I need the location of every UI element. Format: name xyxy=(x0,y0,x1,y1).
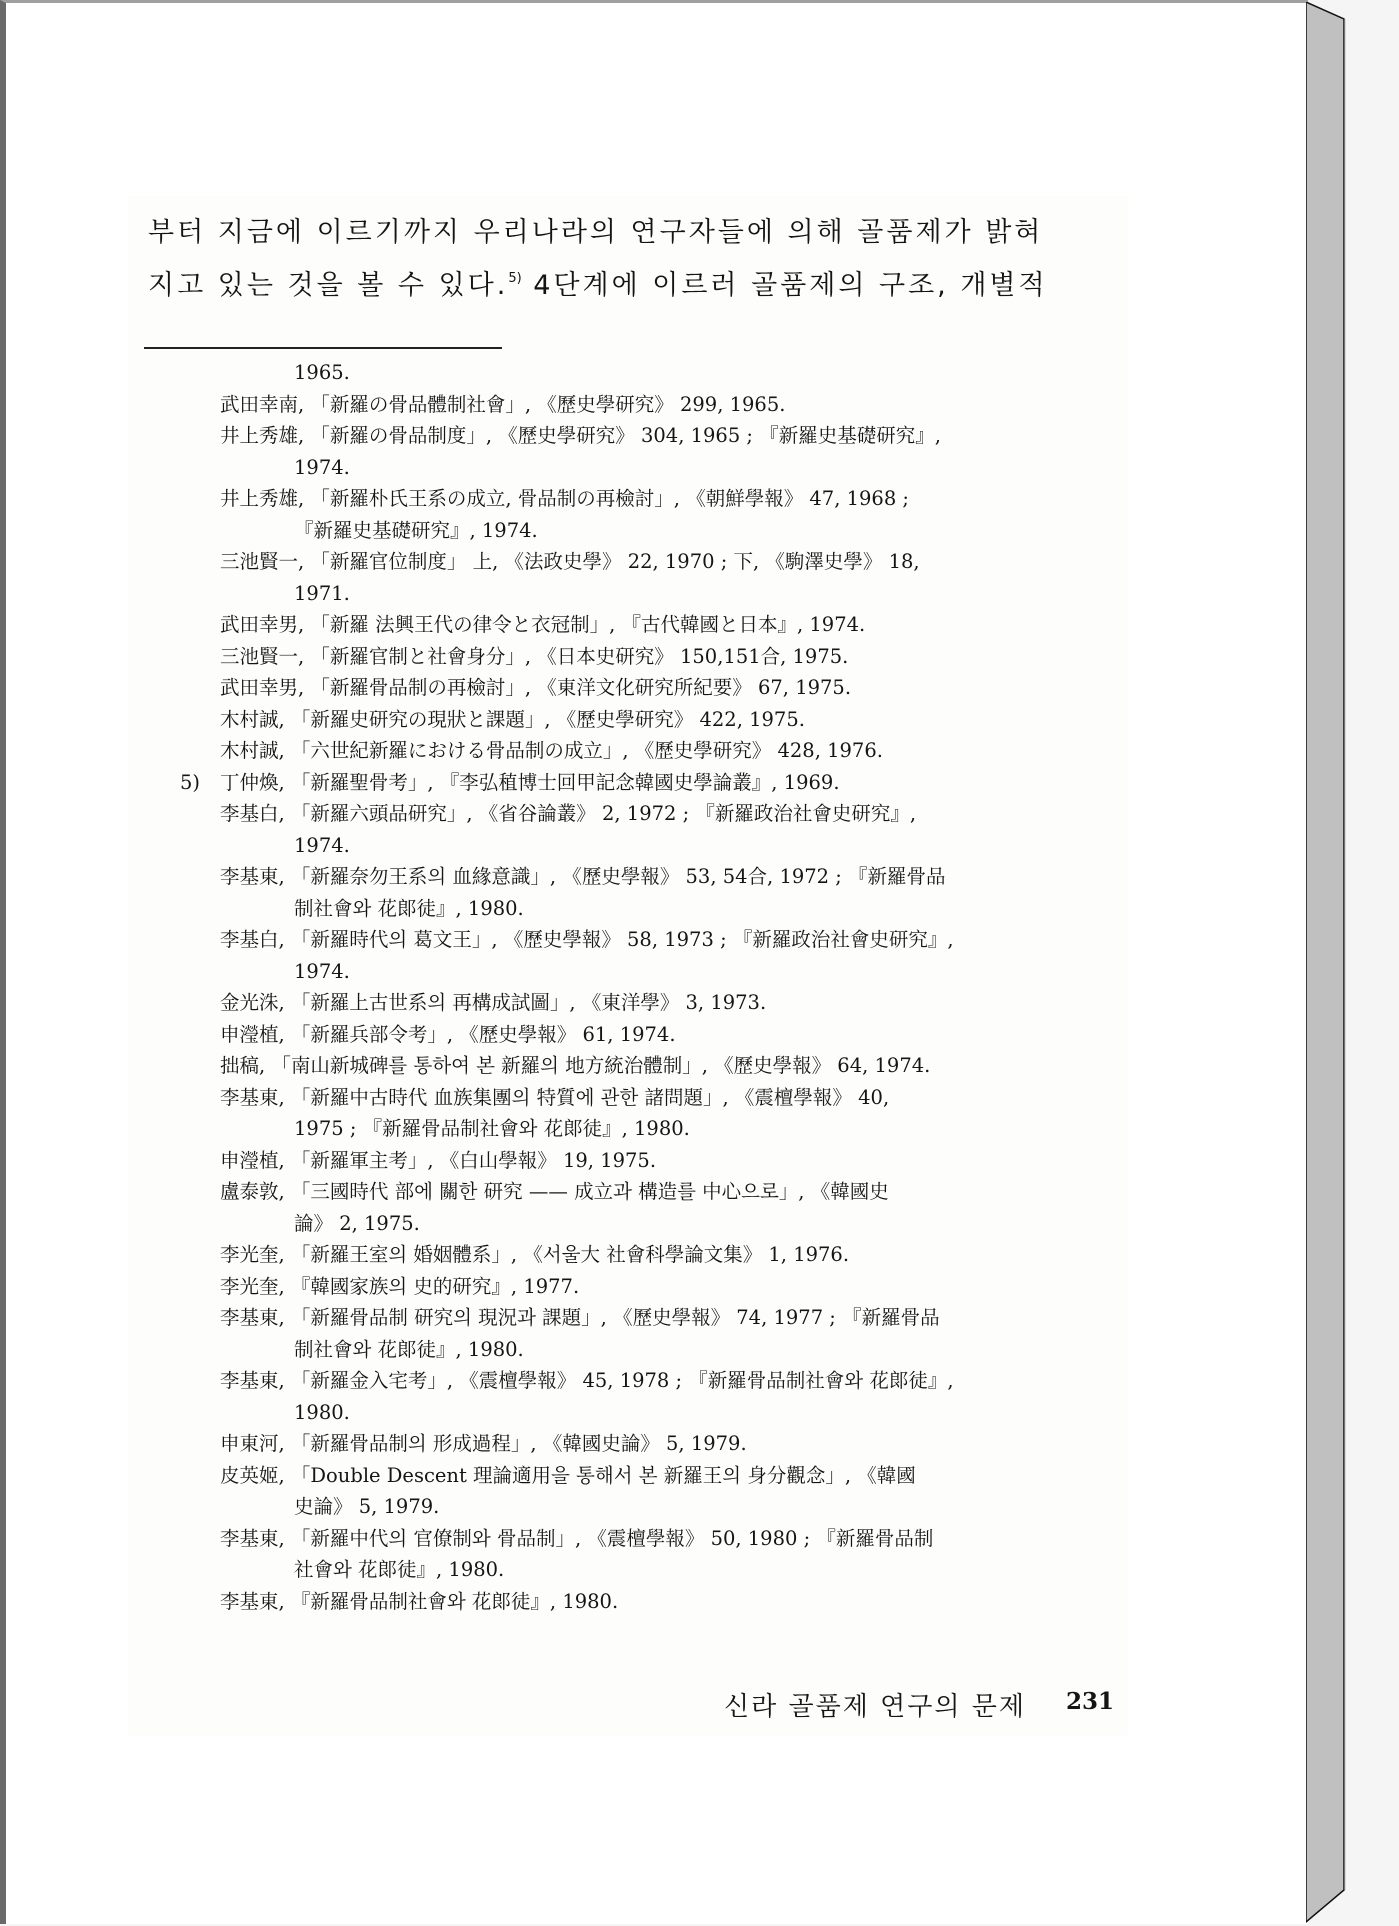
footnote-text: 1965. xyxy=(294,361,350,384)
footnote-text: 皮英姬, 「Double Descent 理論適用을 통해서 본 新羅王의 身分… xyxy=(220,1464,916,1487)
footnote-text: 李基白, 「新羅六頭品研究」, 《省谷論叢》 2, 1972 ; 『新羅政治社會… xyxy=(220,802,916,825)
footnote-entry: 武田幸南, 「新羅の骨品體制社會」, 《歷史學研究》 299, 1965. xyxy=(220,389,1110,421)
footnote-text: 盧泰敦, 「三國時代 部에 關한 研究 —— 成立과 構造를 中心으로」, 《韓… xyxy=(220,1180,889,1203)
footnote-entry-continuation: 『新羅史基礎研究』, 1974. xyxy=(220,515,1110,547)
footnote-ref-5[interactable]: 5) xyxy=(508,271,521,286)
footnote-text: 武田幸男, 「新羅 法興王代の律令と衣冠制」, 『古代韓國と日本』, 1974. xyxy=(220,613,865,636)
body-line-1: 부터 지금에 이르기까지 우리나라의 연구자들에 의해 골품제가 밝혀 xyxy=(148,210,1108,256)
footnote-entry: 李基東, 『新羅骨品制社會와 花郞徒』, 1980. xyxy=(220,1586,1110,1618)
footnote-text: 申瀅植, 「新羅兵部令考」, 《歷史學報》 61, 1974. xyxy=(220,1023,676,1046)
footnote-entry: 井上秀雄, 「新羅の骨品制度」, 《歷史學研究》 304, 1965 ; 『新羅… xyxy=(220,420,1110,452)
footnote-text: 制社會와 花郞徒』, 1980. xyxy=(294,1338,524,1361)
footnote-text: 李基東, 「新羅奈勿王系의 血緣意識」, 《歷史學報》 53, 54合, 197… xyxy=(220,865,946,888)
footnote-entry: 盧泰敦, 「三國時代 部에 關한 研究 —— 成立과 構造를 中心으로」, 《韓… xyxy=(220,1176,1110,1208)
footnote-text: 1974. xyxy=(294,960,350,983)
footnote-text: 井上秀雄, 「新羅の骨品制度」, 《歷史學研究》 304, 1965 ; 『新羅… xyxy=(220,424,941,447)
footnote-text: 丁仲煥, 「新羅聖骨考」, 『李弘稙博士回甲記念韓國史學論叢』, 1969. xyxy=(220,771,840,794)
footnote-entry: 皮英姬, 「Double Descent 理論適用을 통해서 본 新羅王의 身分… xyxy=(220,1460,1110,1492)
document-viewer: 부터 지금에 이르기까지 우리나라의 연구자들에 의해 골품제가 밝혀 지고 있… xyxy=(0,0,1399,1926)
footnote-entry-continuation: 論》 2, 1975. xyxy=(220,1208,1110,1240)
footnote-entry: 5)丁仲煥, 「新羅聖骨考」, 『李弘稙博士回甲記念韓國史學論叢』, 1969. xyxy=(220,767,1110,799)
page-number: 231 xyxy=(1066,1688,1114,1715)
footnote-text: 1971. xyxy=(294,582,350,605)
footnote-separator xyxy=(144,347,502,349)
footnote-text: 史論》 5, 1979. xyxy=(294,1495,439,1518)
footnote-entry: 木村誠, 「六世紀新羅における骨品制の成立」, 《歷史學研究》 428, 197… xyxy=(220,735,1110,767)
body-line-2: 지고 있는 것을 볼 수 있다.5) 4단계에 이르러 골품제의 구조, 개별적 xyxy=(148,256,1108,309)
footnote-entry: 李基東, 「新羅中古時代 血族集團의 特質에 관한 諸問題」, 《震檀學報》 4… xyxy=(220,1082,1110,1114)
footnote-entry: 申瀅植, 「新羅兵部令考」, 《歷史學報》 61, 1974. xyxy=(220,1019,1110,1051)
footnote-entry-continuation: 1971. xyxy=(220,578,1110,610)
footnote-entry: 李基東, 「新羅骨品制 研究의 現況과 課題」, 《歷史學報》 74, 1977… xyxy=(220,1302,1110,1334)
footnote-text: 1974. xyxy=(294,834,350,857)
footnote-entry: 李基白, 「新羅六頭品研究」, 《省谷論叢》 2, 1972 ; 『新羅政治社會… xyxy=(220,798,1110,830)
body-paragraph: 부터 지금에 이르기까지 우리나라의 연구자들에 의해 골품제가 밝혀 지고 있… xyxy=(148,210,1108,309)
footnote-text: 武田幸南, 「新羅の骨品體制社會」, 《歷史學研究》 299, 1965. xyxy=(220,393,785,416)
footnote-entry-continuation: 社會와 花郞徒』, 1980. xyxy=(220,1554,1110,1586)
footnote-text: 1975 ; 『新羅骨品制社會와 花郞徒』, 1980. xyxy=(294,1117,690,1140)
footnote-entry: 李基東, 「新羅中代의 官僚制와 骨品制」, 《震檀學報》 50, 1980 ;… xyxy=(220,1523,1110,1555)
footnote-number: 5) xyxy=(180,767,200,799)
footnote-text: 武田幸男, 「新羅骨品制の再檢討」, 《東洋文化研究所紀要》 67, 1975. xyxy=(220,676,851,699)
footnote-text: 『新羅史基礎研究』, 1974. xyxy=(294,519,538,542)
footnote-text: 李光奎, 「新羅王室의 婚姻體系」, 《서울大 社會科學論文集》 1, 1976… xyxy=(220,1243,849,1266)
footnote-text: 木村誠, 「六世紀新羅における骨品制の成立」, 《歷史學研究》 428, 197… xyxy=(220,739,883,762)
footnote-entry: 拙稿, 「南山新城碑를 통하여 본 新羅의 地方統治體制」, 《歷史學報》 64… xyxy=(220,1050,1110,1082)
footnote-entry-continuation: 1980. xyxy=(220,1397,1110,1429)
page-curl-edge xyxy=(1306,2,1346,1924)
footnote-entry: 木村誠, 「新羅史研究の現狀と課題」, 《歷史學研究》 422, 1975. xyxy=(220,704,1110,736)
footnote-text: 論》 2, 1975. xyxy=(294,1212,420,1235)
footnote-text: 李基東, 「新羅中古時代 血族集團의 特質에 관한 諸問題」, 《震檀學報》 4… xyxy=(220,1086,889,1109)
footnote-text: 申瀅植, 「新羅軍主考」, 《白山學報》 19, 1975. xyxy=(220,1149,656,1172)
footnote-text: 三池賢一, 「新羅官制と社會身分」, 《日本史研究》 150,151合, 197… xyxy=(220,645,848,668)
footnote-text: 三池賢一, 「新羅官位制度」 上, 《法政史學》 22, 1970 ; 下, 《… xyxy=(220,550,920,573)
footnote-entry-continuation: 1975 ; 『新羅骨品制社會와 花郞徒』, 1980. xyxy=(220,1113,1110,1145)
footnote-entry: 李光奎, 『韓國家族의 史的研究』, 1977. xyxy=(220,1271,1110,1303)
footnote-text: 1980. xyxy=(294,1401,350,1424)
footnote-entry-continuation: 制社會와 花郞徒』, 1980. xyxy=(220,1334,1110,1366)
footnote-entry-continuation: 制社會와 花郞徒』, 1980. xyxy=(220,893,1110,925)
footnote-entry: 李基東, 「新羅金入宅考」, 《震檀學報》 45, 1978 ; 『新羅骨品制社… xyxy=(220,1365,1110,1397)
running-footer: 신라 골품제 연구의 문제 xyxy=(724,1686,1026,1723)
footnote-entry: 三池賢一, 「新羅官位制度」 上, 《法政史學》 22, 1970 ; 下, 《… xyxy=(220,546,1110,578)
footnote-text: 李光奎, 『韓國家族의 史的研究』, 1977. xyxy=(220,1275,579,1298)
footnote-text: 金光洙, 「新羅上古世系의 再構成試圖」, 《東洋學》 3, 1973. xyxy=(220,991,766,1014)
footnote-text: 拙稿, 「南山新城碑를 통하여 본 新羅의 地方統治體制」, 《歷史學報》 64… xyxy=(220,1054,930,1077)
footnote-text: 木村誠, 「新羅史研究の現狀と課題」, 《歷史學研究》 422, 1975. xyxy=(220,708,805,731)
footnote-entry: 李基東, 「新羅奈勿王系의 血緣意識」, 《歷史學報》 53, 54合, 197… xyxy=(220,861,1110,893)
footnotes: 1965.武田幸南, 「新羅の骨品體制社會」, 《歷史學研究》 299, 196… xyxy=(220,357,1110,1617)
footnote-text: 制社會와 花郞徒』, 1980. xyxy=(294,897,524,920)
footnote-text: 李基東, 「新羅中代의 官僚制와 骨品制」, 《震檀學報》 50, 1980 ;… xyxy=(220,1527,933,1550)
footnote-text: 李基白, 「新羅時代의 葛文王」, 《歷史學報》 58, 1973 ; 『新羅政… xyxy=(220,928,954,951)
footnote-entry: 申瀅植, 「新羅軍主考」, 《白山學報》 19, 1975. xyxy=(220,1145,1110,1177)
footnote-entry: 李光奎, 「新羅王室의 婚姻體系」, 《서울大 社會科學論文集》 1, 1976… xyxy=(220,1239,1110,1271)
footnote-entry-continuation: 1974. xyxy=(220,956,1110,988)
footnote-entry: 井上秀雄, 「新羅朴氏王系の成立, 骨品制の再檢討」, 《朝鮮學報》 47, 1… xyxy=(220,483,1110,515)
footnote-entry-continuation: 1974. xyxy=(220,452,1110,484)
footnote-text: 李基東, 『新羅骨品制社會와 花郞徒』, 1980. xyxy=(220,1590,618,1613)
footnote-entry: 武田幸男, 「新羅 法興王代の律令と衣冠制」, 『古代韓國と日本』, 1974. xyxy=(220,609,1110,641)
footnote-entry: 三池賢一, 「新羅官制と社會身分」, 《日本史研究》 150,151合, 197… xyxy=(220,641,1110,673)
footnote-text: 申東河, 「新羅骨品制의 形成過程」, 《韓國史論》 5, 1979. xyxy=(220,1432,747,1455)
footnote-entry: 申東河, 「新羅骨品制의 形成過程」, 《韓國史論》 5, 1979. xyxy=(220,1428,1110,1460)
footnote-text: 社會와 花郞徒』, 1980. xyxy=(294,1558,504,1581)
footnote-text: 李基東, 「新羅骨品制 研究의 現況과 課題」, 《歷史學報》 74, 1977… xyxy=(220,1306,940,1329)
footnote-text: 李基東, 「新羅金入宅考」, 《震檀學報》 45, 1978 ; 『新羅骨品制社… xyxy=(220,1369,954,1392)
footnote-entry: 李基白, 「新羅時代의 葛文王」, 《歷史學報》 58, 1973 ; 『新羅政… xyxy=(220,924,1110,956)
footnote-entry-continuation: 史論》 5, 1979. xyxy=(220,1491,1110,1523)
footnote-entry: 武田幸男, 「新羅骨品制の再檢討」, 《東洋文化研究所紀要》 67, 1975. xyxy=(220,672,1110,704)
footnote-text: 1974. xyxy=(294,456,350,479)
footnote-entry: 1965. xyxy=(220,357,1110,389)
footnote-entry-continuation: 1974. xyxy=(220,830,1110,862)
footnote-text: 井上秀雄, 「新羅朴氏王系の成立, 骨品制の再檢討」, 《朝鮮學報》 47, 1… xyxy=(220,487,909,510)
footnote-entry: 金光洙, 「新羅上古世系의 再構成試圖」, 《東洋學》 3, 1973. xyxy=(220,987,1110,1019)
